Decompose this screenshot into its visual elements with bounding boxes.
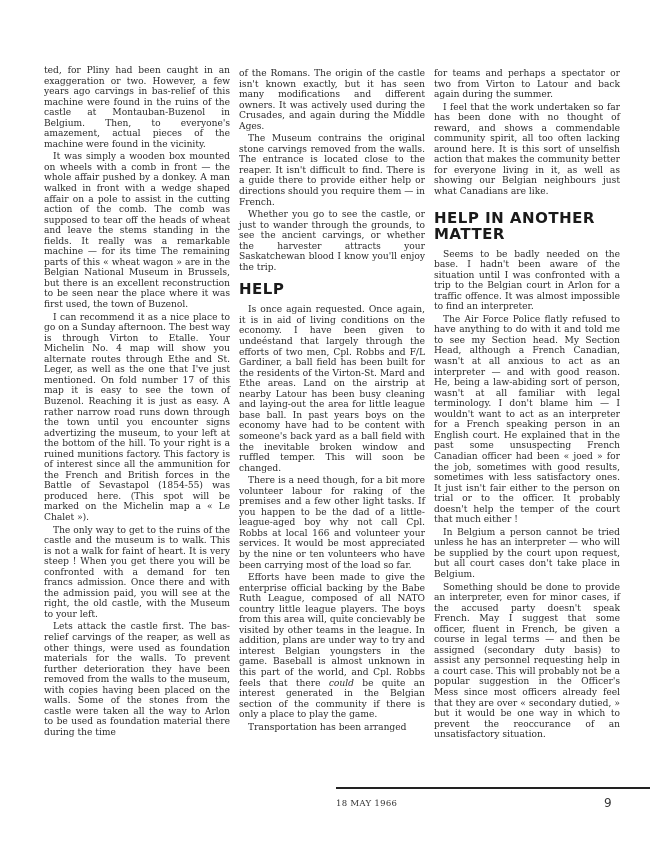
footer-rule	[336, 787, 650, 789]
paragraph-text: Efforts have been made to give the enter…	[239, 573, 425, 688]
footer-date: 18 MAY 1966	[336, 799, 397, 809]
column-1: ted, for Pliny had been caught in an exa…	[44, 66, 230, 740]
paragraph: Seems to be badly needed on the base. I …	[434, 250, 620, 313]
emphasis-text: could	[329, 679, 354, 689]
paragraph: ted, for Pliny had been caught in an exa…	[44, 66, 230, 150]
paragraph: Is once again requested. Once again, it …	[239, 305, 425, 474]
paragraph: Efforts have been made to give the enter…	[239, 573, 425, 721]
paragraph: The Museum contrains the original stone …	[239, 134, 425, 208]
paragraph: of the Romans. The origin of the castle …	[239, 69, 425, 132]
paragraph: Transportation has been arranged	[239, 723, 425, 734]
paragraph: The Air Force Police flatly refused to h…	[434, 315, 620, 526]
section-heading-help: HELP	[239, 281, 425, 297]
paragraph: I feel that the work undertaken so far h…	[434, 103, 620, 198]
paragraph: The only way to get to the ruins of the …	[44, 526, 230, 621]
section-heading-help-in-another-matter: HELP IN ANOTHER MATTER	[434, 210, 620, 242]
paragraph: In Belgium a person cannot be tried unle…	[434, 528, 620, 581]
paragraph: Lets attack the castle first. The bas-re…	[44, 622, 230, 738]
paragraph: There is a need though, for a bit more v…	[239, 476, 425, 571]
paragraph: Whether you go to see the castle, or jus…	[239, 210, 425, 273]
page-number: 9	[604, 796, 612, 810]
paragraph: I can recommend it as a nice place to go…	[44, 313, 230, 524]
newsletter-page: ted, for Pliny had been caught in an exa…	[0, 0, 650, 841]
paragraph: It was simply a wooden box mounted on wh…	[44, 152, 230, 310]
column-3: for teams and perhaps a spectator or two…	[434, 69, 620, 743]
paragraph: Something should be done to provide an i…	[434, 583, 620, 741]
paragraph: for teams and perhaps a spectator or two…	[434, 69, 620, 101]
column-2: of the Romans. The origin of the castle …	[239, 69, 425, 735]
